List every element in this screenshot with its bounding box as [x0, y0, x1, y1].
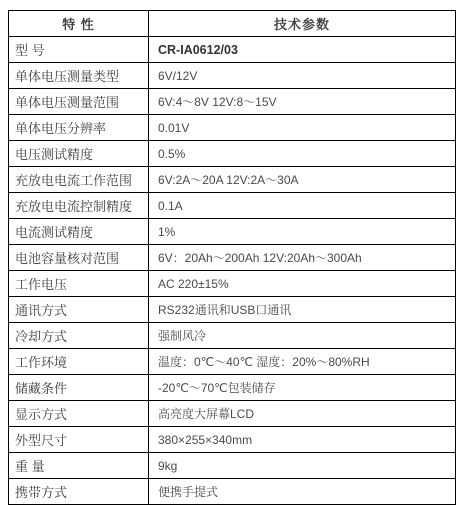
table-row: 携带方式便携手提式: [9, 479, 456, 505]
value-cell: 380×255×340mm: [149, 427, 456, 453]
table-row: 工作电压AC 220±15%: [9, 271, 456, 297]
feature-cell: 通讯方式: [9, 297, 149, 323]
value-cell: 强制风冷: [149, 323, 456, 349]
spec-sheet: 特 性 技术参数 型 号CR-IA0612/03单体电压测量类型6V/12V单体…: [8, 10, 456, 505]
value-cell: 0.5%: [149, 141, 456, 167]
value-cell: -20℃～70℃包装储存: [149, 375, 456, 401]
value-cell: 1%: [149, 219, 456, 245]
value-cell: 温度：0℃～40℃ 湿度：20%～80%RH: [149, 349, 456, 375]
table-row: 充放电电流工作范围6V:2A～20A 12V:2A～30A: [9, 167, 456, 193]
table-row: 电池容量核对范围6V：20Ah～200Ah 12V:20Ah～300Ah: [9, 245, 456, 271]
value-cell: 便携手提式: [149, 479, 456, 505]
feature-cell: 显示方式: [9, 401, 149, 427]
table-row: 通讯方式RS232通讯和USB口通讯: [9, 297, 456, 323]
table-row: 充放电电流控制精度0.1A: [9, 193, 456, 219]
table-row: 单体电压分辨率0.01V: [9, 115, 456, 141]
table-row: 冷却方式强制风冷: [9, 323, 456, 349]
feature-cell: 工作电压: [9, 271, 149, 297]
table-row: 电压测试精度0.5%: [9, 141, 456, 167]
value-cell: RS232通讯和USB口通讯: [149, 297, 456, 323]
spec-table-body: 型 号CR-IA0612/03单体电压测量类型6V/12V单体电压测量范围6V:…: [9, 37, 456, 505]
feature-cell: 工作环境: [9, 349, 149, 375]
table-row: 单体电压测量类型6V/12V: [9, 63, 456, 89]
feature-cell: 储藏条件: [9, 375, 149, 401]
value-cell: 高亮度大屏幕LCD: [149, 401, 456, 427]
header-row: 特 性 技术参数: [9, 11, 456, 37]
feature-cell: 充放电电流控制精度: [9, 193, 149, 219]
feature-cell: 单体电压测量范围: [9, 89, 149, 115]
value-cell: 6V:4～8V 12V:8～15V: [149, 89, 456, 115]
table-row: 工作环境温度：0℃～40℃ 湿度：20%～80%RH: [9, 349, 456, 375]
table-row: 储藏条件-20℃～70℃包装储存: [9, 375, 456, 401]
feature-column-header: 特 性: [9, 11, 149, 37]
params-column-header: 技术参数: [149, 11, 456, 37]
feature-cell: 充放电电流工作范围: [9, 167, 149, 193]
table-row: 显示方式高亮度大屏幕LCD: [9, 401, 456, 427]
table-row: 重 量9kg: [9, 453, 456, 479]
feature-cell: 重 量: [9, 453, 149, 479]
feature-cell: 电池容量核对范围: [9, 245, 149, 271]
value-cell: 6V：20Ah～200Ah 12V:20Ah～300Ah: [149, 245, 456, 271]
value-cell: AC 220±15%: [149, 271, 456, 297]
feature-cell: 冷却方式: [9, 323, 149, 349]
feature-cell: 型 号: [9, 37, 149, 63]
table-row: 电流测试精度1%: [9, 219, 456, 245]
value-cell: 0.01V: [149, 115, 456, 141]
feature-cell: 电压测试精度: [9, 141, 149, 167]
table-row: 外型尺寸380×255×340mm: [9, 427, 456, 453]
feature-cell: 电流测试精度: [9, 219, 149, 245]
value-cell: 6V/12V: [149, 63, 456, 89]
feature-cell: 外型尺寸: [9, 427, 149, 453]
spec-table: 特 性 技术参数 型 号CR-IA0612/03单体电压测量类型6V/12V单体…: [8, 10, 456, 505]
value-cell: 9kg: [149, 453, 456, 479]
table-row: 单体电压测量范围6V:4～8V 12V:8～15V: [9, 89, 456, 115]
feature-cell: 单体电压测量类型: [9, 63, 149, 89]
feature-cell: 携带方式: [9, 479, 149, 505]
value-cell: CR-IA0612/03: [149, 37, 456, 63]
value-cell: 6V:2A～20A 12V:2A～30A: [149, 167, 456, 193]
value-cell: 0.1A: [149, 193, 456, 219]
table-row: 型 号CR-IA0612/03: [9, 37, 456, 63]
feature-cell: 单体电压分辨率: [9, 115, 149, 141]
